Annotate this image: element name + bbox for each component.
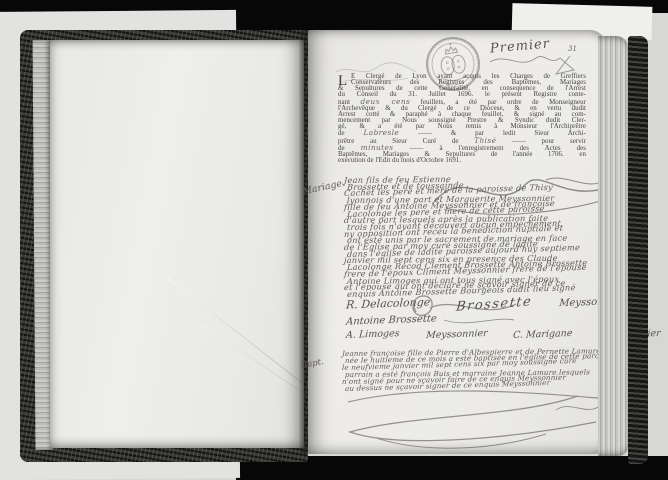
text-segment: —— pour servir	[496, 138, 586, 145]
scanner-background-bottom	[276, 456, 668, 480]
signature: C. Marigane	[513, 328, 573, 341]
right-page-edges	[598, 36, 628, 456]
scanner-background-right-top	[358, 0, 528, 31]
text-line: de Labresle —— & par ledit Sieur Archi-	[338, 130, 586, 137]
page-crease	[168, 278, 303, 383]
handwritten-insert: Labresle	[364, 128, 400, 137]
printed-notice: L E Clergé de Lyon ayant acquis les Char…	[338, 74, 586, 164]
baptism-record-lines: Jeanne françoise fille de Pierre d'Albes…	[342, 350, 612, 393]
right-cover-edge	[628, 36, 648, 464]
scan-canvas: Premier 31 L E Clergé de Lyon ayant acqu…	[0, 0, 668, 480]
signature: Antoine Brossette	[346, 313, 437, 327]
page-crease	[201, 324, 309, 398]
signature: R. Delacolonge	[345, 296, 430, 314]
signature-row: R. DelacolongeBrossetteMeyssonnier	[346, 297, 596, 312]
left-blank-page	[50, 40, 304, 448]
marriage-margin-label: Mariage.	[301, 178, 346, 198]
drop-cap: L	[338, 75, 347, 88]
marriage-record-lines: Jean fils de feu EstienneBrossette et de…	[344, 177, 600, 298]
closing-paraph-flourish	[334, 388, 620, 452]
signature-row: A. LimogesMeyssonnierC. MariganeMeyssonn…	[346, 329, 596, 340]
signature-row: Antoine Brossette	[346, 315, 596, 326]
signature: A. Limoges	[346, 328, 400, 341]
handwritten-insert: Thisé	[474, 136, 496, 145]
text-segment: prêtre au Sieur Curé de	[338, 138, 474, 145]
signature: Brossette	[456, 294, 534, 314]
text-segment: execution de l'Edit du mois d'Octobre 16…	[338, 157, 461, 164]
text-line: execution de l'Edit du mois d'Octobre 16…	[338, 158, 586, 164]
right-manuscript-page: Premier 31 L E Clergé de Lyon ayant acqu…	[308, 30, 606, 454]
signatures-block: R. DelacolongeBrossetteMeyssonnierAntoin…	[346, 297, 596, 343]
printed-notice-lines: E Clergé de Lyon ayant acquis les Charge…	[338, 74, 586, 164]
signature: Meyssonnier	[425, 328, 487, 341]
text-segment: de	[338, 130, 364, 137]
